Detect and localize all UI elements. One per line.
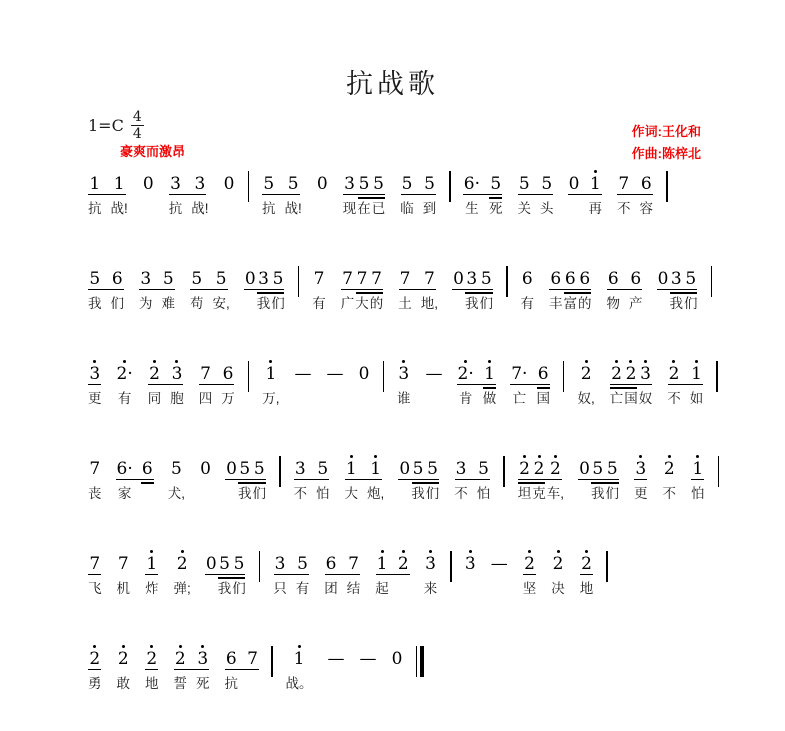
note-group: 0 <box>224 166 235 217</box>
barline <box>666 171 668 202</box>
note-token: 7结 <box>347 546 361 597</box>
lyric-syllable: 亡 <box>610 390 624 407</box>
note-digit: 2 <box>175 649 186 669</box>
note-token: 5抗 <box>262 166 276 217</box>
high-octave-dot <box>93 360 96 363</box>
lyric-syllable: 国 <box>624 390 638 407</box>
note-group: 0 <box>359 356 370 407</box>
note-digit: 5 <box>219 554 230 574</box>
rest-note: 0 <box>224 174 235 194</box>
high-octave-dot <box>528 550 531 553</box>
lyric-syllable: 肯 <box>459 390 473 407</box>
lyric-syllable: 万 <box>221 390 235 407</box>
duration-dash: — <box>328 649 345 669</box>
note-token: 3更 <box>88 356 102 407</box>
note-digit: 3 <box>170 174 181 194</box>
lyric-syllable: 战! <box>191 200 208 217</box>
beam-line <box>537 387 550 389</box>
note-group: 7丧 <box>88 451 102 502</box>
high-octave-dot <box>639 455 642 458</box>
beam-line <box>88 669 101 671</box>
note-digit: 2 <box>89 649 100 669</box>
note-token: 5我 <box>238 451 252 502</box>
octave-dot-row <box>381 546 384 554</box>
key-signature: 1=C 4 4 <box>88 110 144 141</box>
lyric-syllable: 炸 <box>145 580 159 597</box>
note-token: 1炮, <box>367 451 384 502</box>
lyric-syllable: 物 <box>607 295 621 312</box>
note-token: 0 <box>392 641 403 692</box>
note-digit: 1 <box>377 554 388 574</box>
lyric-syllable: 怕 <box>691 485 705 502</box>
note-digit: 3 <box>172 364 183 384</box>
note-token: 6的 <box>578 261 592 312</box>
note-digit: 6 <box>522 269 533 289</box>
note-digit: 7 <box>200 364 211 384</box>
note-digit: 6 <box>223 364 234 384</box>
lyric-syllable: 们 <box>426 485 440 502</box>
beam-line <box>455 479 490 481</box>
note-group: 2敢 <box>117 641 131 692</box>
measure: 2勇2敢2地2誓3死6抗7 <box>88 641 258 692</box>
lyric-syllable: 飞 <box>88 580 102 597</box>
note-token: 2坦 <box>518 451 532 502</box>
note-digit: 2 <box>626 364 637 384</box>
beam-line <box>578 479 619 481</box>
note-token: 6有 <box>521 261 535 312</box>
note-token: 7四 <box>199 356 213 407</box>
rest-note: 0 <box>658 269 669 289</box>
barline <box>711 266 713 297</box>
note-group: 0 <box>200 451 211 502</box>
beam-line <box>691 479 704 481</box>
note-token: 7 <box>247 641 258 692</box>
note-token: 0 <box>399 451 410 502</box>
note-group: 3更 <box>88 356 102 407</box>
lyric-syllable: 弹; <box>174 580 191 597</box>
note-token: 5头 <box>540 166 554 217</box>
beam-line <box>225 669 259 671</box>
note-digit: 1 <box>370 459 381 479</box>
note-token: 5有 <box>296 546 310 597</box>
note-token: 3现 <box>343 166 357 217</box>
note-token: 3我 <box>465 261 479 312</box>
note-token: 7丧 <box>88 451 102 502</box>
note-group: 05我5们 <box>206 546 246 597</box>
lyric-syllable: 在 <box>357 200 371 217</box>
octave-dot-row <box>528 546 531 554</box>
lyric-syllable: 更 <box>634 485 648 502</box>
score-line: 7飞7机1炸2弹;05我5们3只5有6团7结1起23来3—2坚2决2地 <box>88 546 719 601</box>
beam-line <box>610 384 652 386</box>
rest-note: 0 <box>200 459 211 479</box>
beam-line <box>141 482 154 484</box>
high-octave-dot <box>402 550 405 553</box>
lyric-syllable: 抗 <box>225 675 239 692</box>
duration-dash: — <box>426 364 443 384</box>
note-token: 3不 <box>294 451 308 502</box>
note-group: 7四6万 <box>199 356 235 407</box>
note-group: — <box>360 641 377 692</box>
note-digit: 2 <box>524 554 535 574</box>
duration-dash: — <box>360 649 377 669</box>
beam-line <box>634 479 647 481</box>
lyric-syllable: 不 <box>617 200 631 217</box>
note-group: 6·生5死 <box>464 166 503 217</box>
barline <box>271 646 273 677</box>
lyric-syllable: 到 <box>423 200 437 217</box>
note-digit: 7 <box>400 269 411 289</box>
note-digit: 1 <box>691 364 702 384</box>
score-line: 1抗1战!03抗3战!05抗5战!03现5在5已5临5到6·生5死5关5头01再… <box>88 166 719 221</box>
lyric-syllable: 起 <box>375 580 389 597</box>
note-group: 1起2 <box>375 546 409 597</box>
lyric-syllable: 地 <box>580 580 594 597</box>
barline <box>259 551 261 582</box>
high-octave-dot <box>429 550 432 553</box>
note-token: 7大 <box>355 261 369 312</box>
measure: 1战。——0 <box>286 641 403 692</box>
duration-dash: — <box>491 554 508 574</box>
note-token: 7广 <box>341 261 355 312</box>
note-group: 3为5难 <box>139 261 175 312</box>
note-token: 2地 <box>580 546 594 597</box>
barline <box>606 551 608 582</box>
note-group: 7机 <box>117 546 131 597</box>
note-digit: 5 <box>239 459 250 479</box>
lyric-syllable: 战! <box>111 200 128 217</box>
note-digit: 6· <box>464 174 480 194</box>
note-group: — <box>327 356 344 407</box>
octave-dot-row <box>179 641 182 649</box>
barline <box>449 171 451 202</box>
note-token: 5怕 <box>477 451 491 502</box>
beam-line <box>483 387 496 389</box>
note-token: 2国 <box>624 356 638 407</box>
octave-dot-row <box>668 451 671 459</box>
octave-dot-row <box>644 356 647 364</box>
lyric-syllable: 大 <box>345 485 359 502</box>
note-token: 3更 <box>634 451 648 502</box>
note-digit: 2 <box>398 554 409 574</box>
beam-line <box>199 384 234 386</box>
note-token: 3奴 <box>639 356 653 407</box>
note-digit: 5 <box>592 459 603 479</box>
lyric-syllable: 勇 <box>88 675 102 692</box>
lyric-syllable: 不 <box>667 390 681 407</box>
note-digit: 3 <box>197 649 208 669</box>
lyric-syllable: 克 <box>532 485 546 502</box>
note-token: 2·肯 <box>458 356 474 407</box>
high-octave-dot <box>269 360 272 363</box>
beam-line <box>343 194 385 196</box>
note-token: 0 <box>224 166 235 217</box>
lyric-syllable: 炮, <box>367 485 384 502</box>
note-group: 7土7地, <box>398 261 438 312</box>
note-group: 6·家6 <box>117 451 153 502</box>
high-octave-dot <box>123 360 126 363</box>
lyric-syllable: 万, <box>262 390 279 407</box>
note-digit: 2 <box>553 554 564 574</box>
note-token: 3战! <box>191 166 208 217</box>
note-token: 7土 <box>398 261 412 312</box>
note-token: 2地 <box>145 641 159 692</box>
beam-line <box>190 289 227 291</box>
lyric-syllable: 我 <box>218 580 232 597</box>
note-digit: 3 <box>465 554 476 574</box>
note-group: 3不5怕 <box>454 451 490 502</box>
note-digit: 1 <box>265 364 276 384</box>
lyric-syllable: 奴, <box>577 390 594 407</box>
note-digit: 2 <box>550 459 561 479</box>
beam-line <box>668 384 703 386</box>
measure: 3谁—2·肯1做7·亡6国 <box>397 356 550 407</box>
measure: 7丧6·家65犬,005我5们 <box>88 451 266 502</box>
note-group: 1大1炮, <box>345 451 385 502</box>
note-digit: 5 <box>191 269 202 289</box>
note-token: 7·亡 <box>511 356 527 407</box>
octave-dot-row <box>672 356 675 364</box>
note-token: 5在 <box>357 166 371 217</box>
note-digit: 2 <box>664 459 675 479</box>
lyric-syllable: 我 <box>88 295 102 312</box>
note-digit: 1 <box>114 174 125 194</box>
lyric-syllable: 难 <box>162 295 176 312</box>
note-group: 1抗1战! <box>88 166 128 217</box>
note-token: 7有 <box>312 261 326 312</box>
note-token: 0 <box>206 546 217 597</box>
high-octave-dot <box>298 645 301 648</box>
barline <box>279 456 281 487</box>
octave-dot-row <box>464 356 467 364</box>
high-octave-dot <box>644 360 647 363</box>
note-token: 5们 <box>480 261 494 312</box>
high-octave-dot <box>629 360 632 363</box>
beam-line <box>549 289 591 291</box>
note-group: 6团7结 <box>324 546 360 597</box>
note-digit: 2 <box>611 364 622 384</box>
lyric-syllable: 丰 <box>549 295 563 312</box>
note-token: 3死 <box>196 641 210 692</box>
high-octave-dot <box>381 550 384 553</box>
lyric-syllable: 我 <box>238 485 252 502</box>
note-digit: 5 <box>263 174 274 194</box>
note-group: 2决 <box>551 546 565 597</box>
duration-dash: — <box>327 364 344 384</box>
measure: 3—2坚2决2地 <box>465 546 594 597</box>
lyric-syllable: 们 <box>111 295 125 312</box>
lyric-syllable: 我 <box>411 485 425 502</box>
beam-line <box>262 194 299 196</box>
beam-line <box>294 479 329 481</box>
rest-note: 0 <box>579 459 590 479</box>
note-token: 2不 <box>663 451 677 502</box>
note-digit: 5 <box>216 269 227 289</box>
octave-dot-row <box>488 356 491 364</box>
note-token: 5难 <box>162 261 176 312</box>
note-token: 7的 <box>370 261 384 312</box>
note-group: 7·亡6国 <box>511 356 550 407</box>
note-digit: 2· <box>117 364 133 384</box>
lyric-syllable: 怕 <box>316 485 330 502</box>
beam-line <box>225 479 266 481</box>
octave-dot-row <box>298 641 301 649</box>
octave-dot-row <box>269 356 272 364</box>
measure: 7有7广7大7的7土7地,03我5们 <box>312 261 493 312</box>
note-token: 6团 <box>324 546 338 597</box>
note-digit: 7 <box>618 174 629 194</box>
note-digit: 5 <box>541 174 552 194</box>
note-digit: 1 <box>346 459 357 479</box>
beam-line <box>399 289 436 291</box>
lyric-syllable: 生 <box>465 200 479 217</box>
octave-dot-row <box>181 546 184 554</box>
tempo-expression: 豪爽而激昂 <box>120 141 185 160</box>
note-group: 6有 <box>521 261 535 312</box>
lyric-syllable: 犬, <box>168 485 185 502</box>
note-digit: 2 <box>581 364 592 384</box>
barline <box>450 551 452 582</box>
note-group: 3来 <box>424 546 438 597</box>
score-line: 2勇2敢2地2誓3死6抗71战。——0 <box>88 641 719 696</box>
note-token: 1如 <box>690 356 704 407</box>
note-token: 3胞 <box>170 356 184 407</box>
note-group: 7飞 <box>88 546 102 597</box>
octave-dot-row <box>93 356 96 364</box>
octave-dot-row <box>469 546 472 554</box>
note-group: 2坦2克2车, <box>518 451 564 502</box>
lyric-syllable: 来 <box>424 580 438 597</box>
note-digit: 3 <box>635 459 646 479</box>
octave-dot-row <box>538 451 541 459</box>
note-token: 1万, <box>262 356 279 407</box>
beam-line <box>148 384 183 386</box>
note-token: 3我 <box>257 261 271 312</box>
note-digit: 6 <box>112 269 123 289</box>
beam-line <box>518 479 562 481</box>
lyric-syllable: 容 <box>640 200 654 217</box>
note-group: 2不 <box>663 451 677 502</box>
note-digit: 6 <box>326 554 337 574</box>
lyric-syllable: 土 <box>398 295 412 312</box>
octave-dot-row <box>557 546 560 554</box>
note-group: 2·有 <box>117 356 133 407</box>
high-octave-dot <box>374 455 377 458</box>
note-group: 2·肯1做 <box>458 356 497 407</box>
beam-line <box>325 574 360 576</box>
lyric-syllable: 怕 <box>477 485 491 502</box>
note-digit: 1 <box>146 554 157 574</box>
note-digit: 7 <box>371 269 382 289</box>
note-token: 5犬, <box>168 451 185 502</box>
note-group: 2弹; <box>174 546 191 597</box>
note-token: 0 <box>579 451 590 502</box>
note-token: 2同 <box>148 356 162 407</box>
note-group: 05我5们 <box>579 451 619 502</box>
note-token: 0 <box>453 261 464 312</box>
note-group: 0 <box>317 166 328 217</box>
lyric-syllable: 我 <box>257 295 271 312</box>
octave-dot-row <box>402 546 405 554</box>
barline <box>563 361 565 392</box>
note-token: 0 <box>658 261 669 312</box>
lyric-syllable: 的 <box>578 295 592 312</box>
note-digit: 5 <box>481 269 492 289</box>
rest-note: 0 <box>359 364 370 384</box>
final-barline <box>416 646 424 677</box>
note-group: 03我5们 <box>658 261 698 312</box>
high-octave-dot <box>488 360 491 363</box>
high-octave-dot <box>181 550 184 553</box>
note-digit: 6 <box>630 269 641 289</box>
beam-line <box>145 669 158 671</box>
high-octave-dot <box>150 645 153 648</box>
barline <box>248 171 250 202</box>
lyric-syllable: 们 <box>271 295 285 312</box>
note-token: 0 <box>226 451 237 502</box>
note-group: 03我5们 <box>245 261 285 312</box>
note-digit: 2 <box>118 649 129 669</box>
octave-dot-row <box>150 641 153 649</box>
note-token: 2坚 <box>523 546 537 597</box>
note-token: 6 <box>142 451 153 502</box>
measure: 6·生5死5关5头01再7不6容 <box>464 166 653 217</box>
note-group: 2誓3死 <box>174 641 210 692</box>
lyricist-credit: 作词:王化和 <box>632 121 701 143</box>
high-octave-dot <box>350 455 353 458</box>
note-token: 2奴, <box>577 356 594 407</box>
note-digit: 5 <box>297 554 308 574</box>
rest-note: 0 <box>245 269 256 289</box>
composer-credit: 作曲:陈梓北 <box>632 143 701 165</box>
note-token: 1战! <box>111 166 128 217</box>
note-group: 2地 <box>580 546 594 597</box>
lyric-syllable: 死 <box>489 200 503 217</box>
high-octave-dot <box>464 360 467 363</box>
lyric-syllable: 战。 <box>286 675 313 692</box>
octave-dot-row <box>639 451 642 459</box>
lyric-syllable: 战! <box>285 200 302 217</box>
note-token: 7不 <box>617 166 631 217</box>
beam-line <box>257 292 284 294</box>
high-octave-dot <box>585 360 588 363</box>
lyric-syllable: 不 <box>454 485 468 502</box>
note-group: 2勇 <box>88 641 102 692</box>
beam-line <box>452 289 493 291</box>
lyric-syllable: 们 <box>480 295 494 312</box>
measure: 6有6丰6富6的6物6产03我5们 <box>521 261 698 312</box>
note-digit: 2 <box>519 459 530 479</box>
octave-dot-row <box>122 641 125 649</box>
note-token: 6物 <box>607 261 621 312</box>
note-digit: 6 <box>550 269 561 289</box>
note-token: 5死 <box>489 166 503 217</box>
lyric-syllable: 地 <box>145 675 159 692</box>
beam-line <box>510 384 549 386</box>
beam-line <box>174 669 209 671</box>
note-group: 2不1如 <box>667 356 703 407</box>
barline <box>383 361 385 392</box>
rest-note: 0 <box>143 174 154 194</box>
note-digit: 7 <box>89 554 100 574</box>
beam-line <box>88 384 101 386</box>
octave-dot-row <box>350 451 353 459</box>
time-signature-top: 4 <box>133 110 142 124</box>
octave-dot-row <box>429 546 432 554</box>
note-token: 7地, <box>421 261 438 312</box>
rest-note: 0 <box>453 269 464 289</box>
note-group: 6丰6富6的 <box>549 261 592 312</box>
